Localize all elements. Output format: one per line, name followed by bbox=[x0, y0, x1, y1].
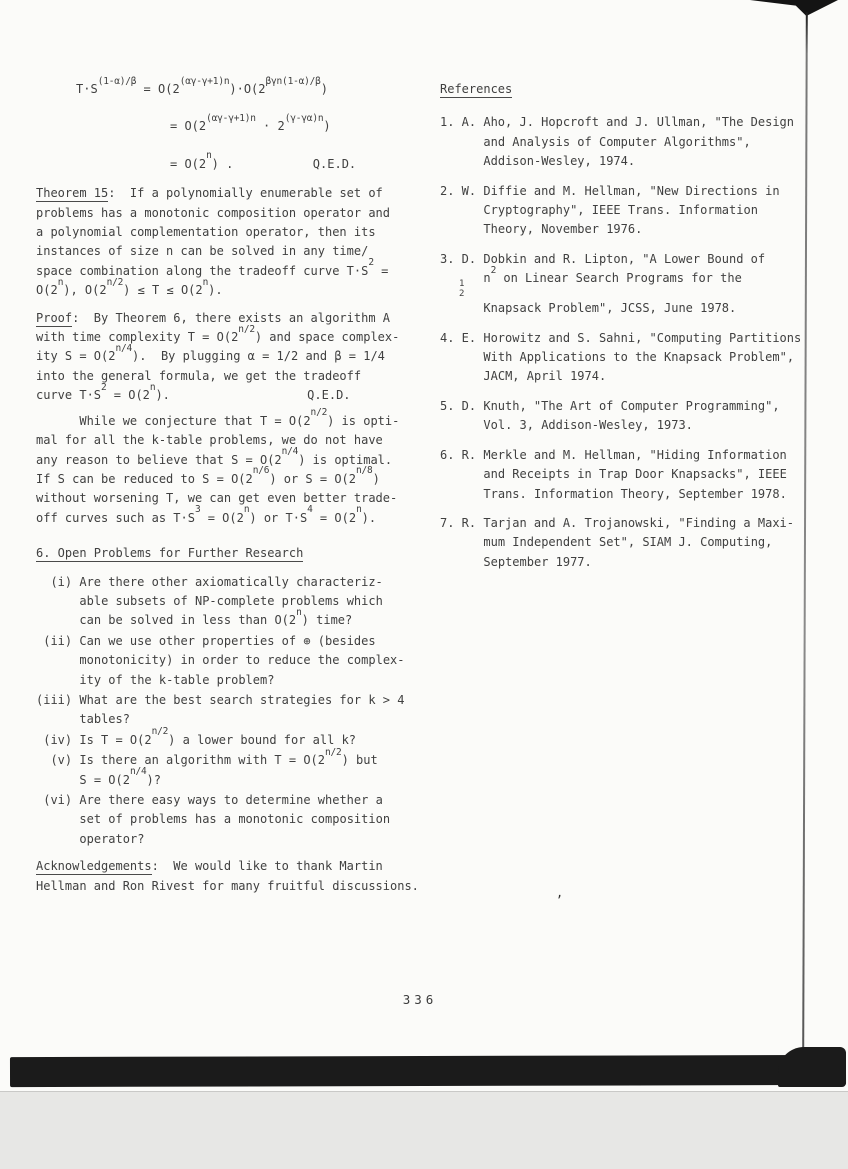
references-heading: References bbox=[440, 80, 837, 99]
reference-6: 6. R. Merkle and M. Hellman, "Hiding Inf… bbox=[440, 446, 837, 504]
open-problem-item-ii: (ii) Can we use other properties of ⊕ (b… bbox=[36, 632, 433, 690]
acknowledgements-label: Acknowledgements bbox=[36, 859, 152, 875]
reference-1: 1. A. Aho, J. Hopcroft and J. Ullman, "T… bbox=[440, 113, 837, 171]
reference-5: 5. D. Knuth, "The Art of Computer Progra… bbox=[440, 397, 837, 436]
acknowledgements-paragraph: Acknowledgements: We would like to thank… bbox=[36, 857, 433, 896]
proof-paragraph: Proof: By Theorem 6, there exists an alg… bbox=[36, 309, 433, 406]
reference-3: 3. D. Dobkin and R. Lipton, "A Lower Bou… bbox=[440, 250, 837, 319]
open-problem-item-vi: (vi) Are there easy ways to determine wh… bbox=[36, 791, 433, 849]
theorem-15-label: Theorem 15 bbox=[36, 186, 108, 202]
references-heading-text: References bbox=[440, 82, 512, 98]
reference-7: 7. R. Tarjan and A. Trojanowski, "Findin… bbox=[440, 514, 837, 572]
formula-line-2: = O(2(αγ-γ+1)n · 2(γ-γα)n) bbox=[170, 117, 433, 136]
reference-2: 2. W. Diffie and M. Hellman, "New Direct… bbox=[440, 182, 837, 240]
formula-line-1: T·S(1-α)/β = O(2(αγ-γ+1)n)·O(2βγn(1-α)/β… bbox=[76, 80, 433, 99]
right-column: References 1. A. Aho, J. Hopcroft and J.… bbox=[440, 76, 837, 582]
open-problem-item-i: (i) Are there other axiomatically charac… bbox=[36, 573, 433, 631]
open-problem-item-v: (v) Is there an algorithm with T = O(2n/… bbox=[36, 751, 433, 790]
proof-text: : By Theorem 6, there exists an algorith… bbox=[36, 311, 399, 403]
references-list: 1. A. Aho, J. Hopcroft and J. Ullman, "T… bbox=[440, 113, 837, 572]
scanned-paper-page: T·S(1-α)/β = O(2(αγ-γ+1)n)·O(2βγn(1-α)/β… bbox=[0, 0, 848, 1091]
reference-4: 4. E. Horowitz and S. Sahni, "Computing … bbox=[440, 329, 837, 387]
open-problem-item-iii: (iii) What are the best search strategie… bbox=[36, 691, 433, 730]
open-problem-item-iv: (iv) Is T = O(2n/2) a lower bound for al… bbox=[36, 731, 433, 750]
left-column: T·S(1-α)/β = O(2(αγ-γ+1)n)·O(2βγn(1-α)/β… bbox=[36, 76, 433, 904]
scan-black-band-end bbox=[778, 1047, 846, 1087]
formula-block: T·S(1-α)/β = O(2(αγ-γ+1)n)·O(2βγn(1-α)/β… bbox=[36, 80, 433, 174]
section-heading-text: 6. Open Problems for Further Research bbox=[36, 546, 303, 562]
open-problems-list: (i) Are there other axiomatically charac… bbox=[36, 573, 433, 850]
stray-comma-mark: , bbox=[556, 886, 563, 900]
conjecture-paragraph: While we conjecture that T = O(2n/2) is … bbox=[36, 412, 433, 528]
theorem-15-paragraph: Theorem 15: If a polynomially enumerable… bbox=[36, 184, 433, 300]
section-heading-open-problems: 6. Open Problems for Further Research bbox=[36, 544, 433, 563]
theorem-15-text: : If a polynomially enumerable set of pr… bbox=[36, 186, 390, 297]
page-number: 336 bbox=[0, 992, 840, 1007]
scanner-bed-area bbox=[0, 1091, 848, 1169]
formula-line-3: = O(2n) . Q.E.D. bbox=[170, 155, 433, 174]
scan-black-band bbox=[10, 1055, 846, 1087]
proof-label: Proof bbox=[36, 311, 72, 327]
